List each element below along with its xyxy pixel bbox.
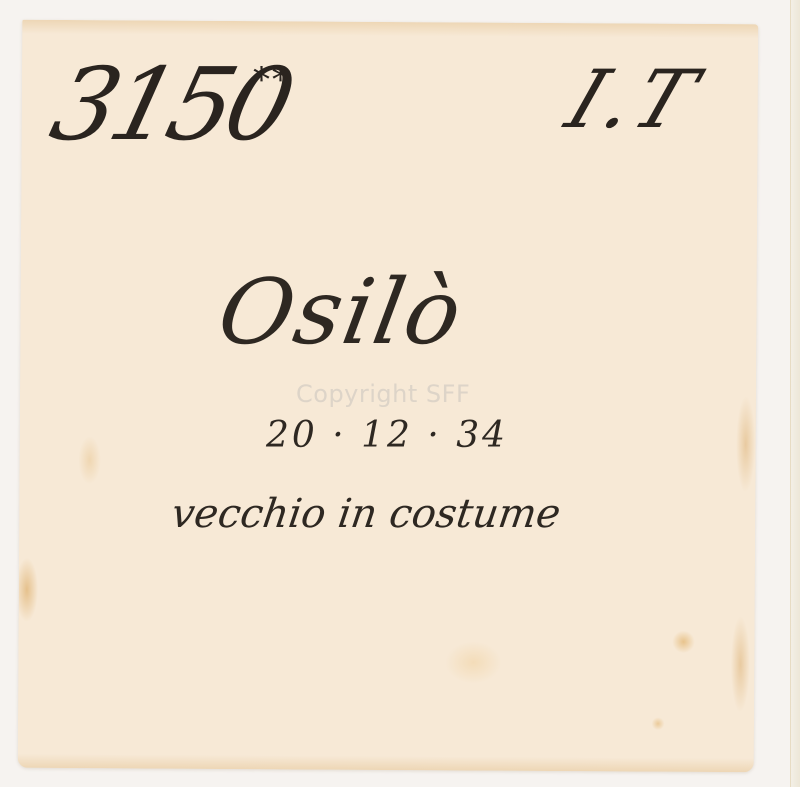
place-name: Osilò xyxy=(212,268,470,358)
adjacent-card-edge xyxy=(790,0,800,787)
date: 20 · 12 · 34 xyxy=(266,418,508,454)
catalog-marks: ** xyxy=(253,60,291,100)
copyright-watermark: Copyright SFF xyxy=(296,380,470,408)
caption-text: vecchio in costume xyxy=(169,494,563,534)
